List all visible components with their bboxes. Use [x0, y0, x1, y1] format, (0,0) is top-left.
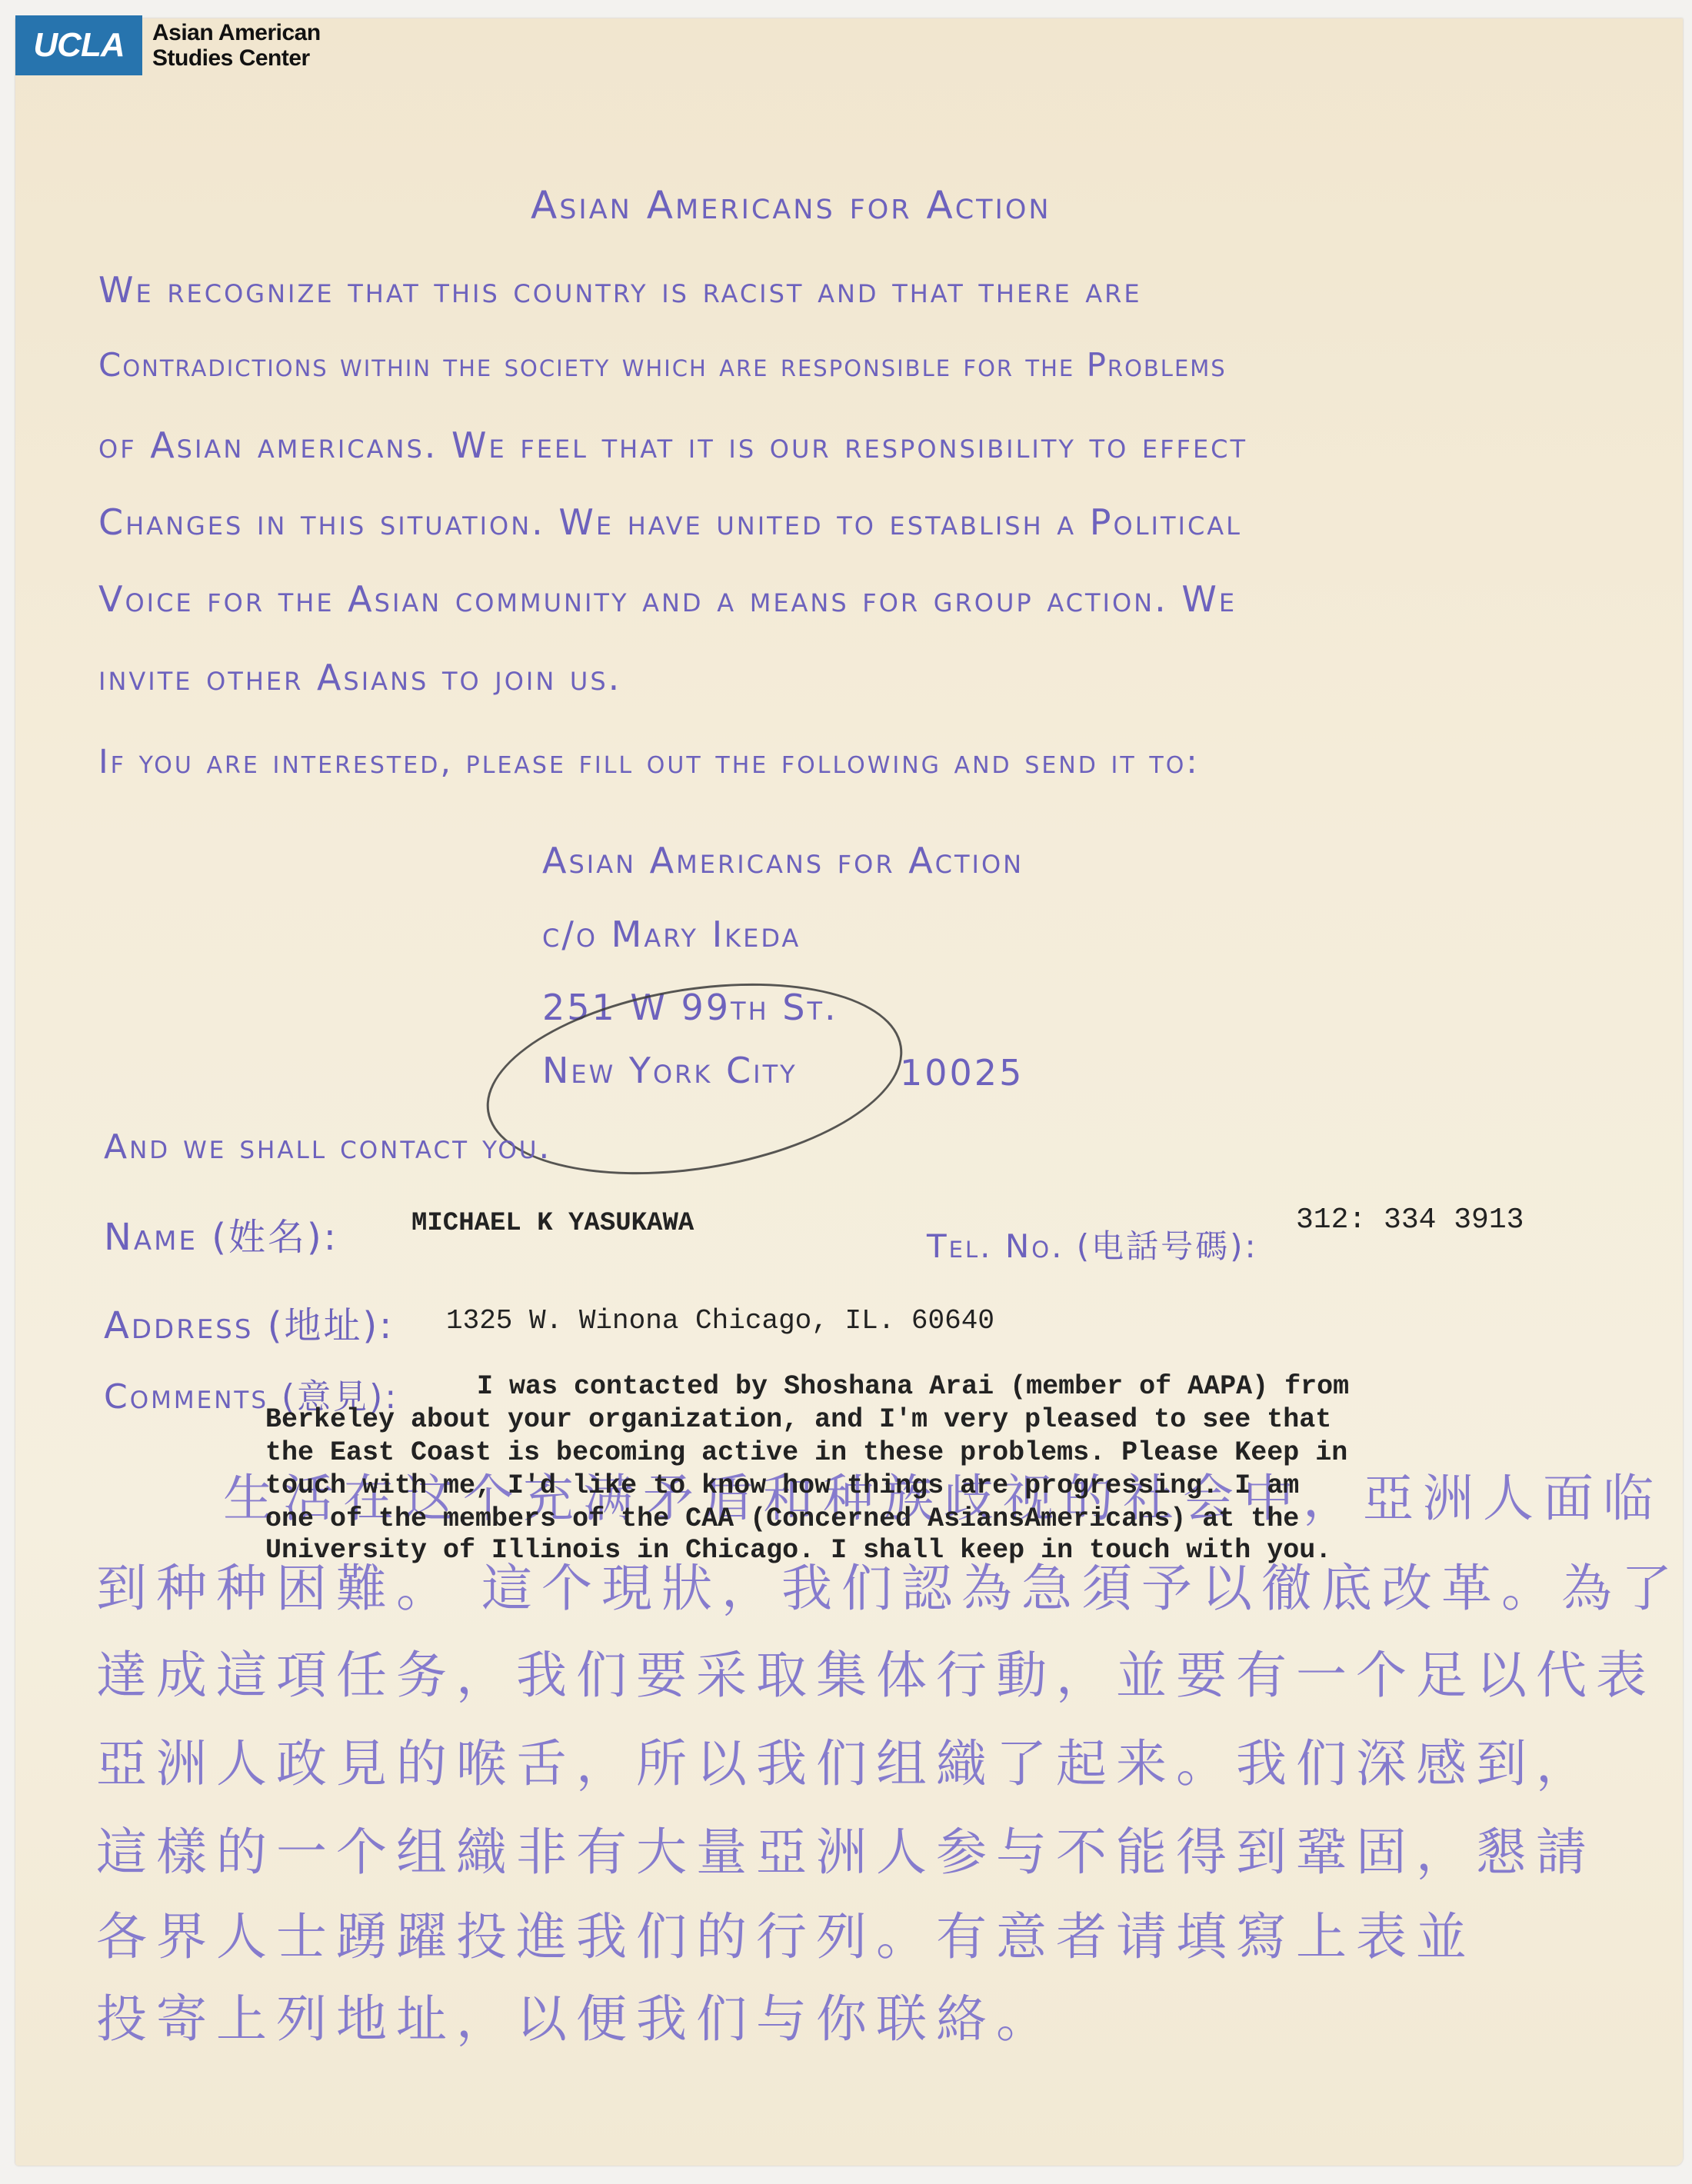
ucla-logo: UCLA — [15, 15, 142, 75]
document-title: Asian Americans for Action — [531, 183, 1051, 228]
name-field[interactable]: MICHAEL K YASUKAWA — [411, 1209, 694, 1238]
tel-field[interactable]: 312: 334 3913 — [1296, 1204, 1524, 1237]
chinese-line-5: 這樣的一个组織非有大量亞洲人参与不能得到鞏固，懇請 — [96, 1811, 1596, 1884]
instruction-line: If you are interested, please fill out t… — [98, 743, 1200, 781]
body-line-1: We recognize that this country is racist… — [98, 269, 1142, 311]
mail-to-org: Asian Americans for Action — [542, 840, 1024, 881]
mail-to-care-of: c/o Mary Ikeda — [542, 914, 801, 955]
watermark-org: Asian American Studies Center — [152, 20, 321, 71]
chinese-line-3: 達成這項任务，我们要采取集体行動，並要有一个足以代表 — [96, 1634, 1656, 1707]
comment-line-1[interactable]: I was contacted by Shoshana Arai (member… — [477, 1371, 1349, 1402]
closing-line: And we shall contact you. — [104, 1127, 551, 1167]
name-label: Name (姓名): — [104, 1207, 338, 1260]
comment-line-4[interactable]: touch with me, I'd like to know how thin… — [265, 1470, 1299, 1501]
org-line-2: Studies Center — [152, 45, 321, 71]
logo-text: UCLA — [33, 26, 124, 65]
chinese-line-4: 亞洲人政見的喉舌，所以我们组織了起来。我们深感到， — [96, 1723, 1596, 1796]
chinese-line-6: 各界人士踴躍投進我们的行列。有意者请填寫上表並 — [96, 1896, 1476, 1969]
address-field[interactable]: 1325 W. Winona Chicago, IL. 60640 — [446, 1305, 994, 1337]
mail-to-zip: 10025 — [900, 1052, 1024, 1094]
comment-line-3[interactable]: the East Coast is becoming active in the… — [265, 1437, 1347, 1468]
tel-label: Tel. No. (电話号碼): — [927, 1221, 1258, 1267]
comment-line-2[interactable]: Berkeley about your organization, and I'… — [265, 1404, 1331, 1435]
body-line-2: Contradictions within the society which … — [98, 346, 1227, 384]
body-line-3: of Asian americans. We feel that it is o… — [98, 424, 1247, 466]
body-line-5: Voice for the Asian community and a mean… — [98, 578, 1237, 620]
address-label: Address (地址): — [104, 1296, 394, 1349]
body-line-4: Changes in this situation. We have unite… — [98, 501, 1242, 543]
chinese-line-2: 到种种困難。 這个現狀，我们認為急須予以徹底改革。為了 — [96, 1547, 1681, 1620]
org-line-1: Asian American — [152, 20, 321, 45]
chinese-line-7: 投寄上列地址，以便我们与你联絡。 — [96, 1978, 1056, 2051]
body-line-6: invite other Asians to join us. — [98, 657, 621, 698]
comment-line-5[interactable]: one of the members of the CAA (Concerned… — [265, 1503, 1299, 1534]
